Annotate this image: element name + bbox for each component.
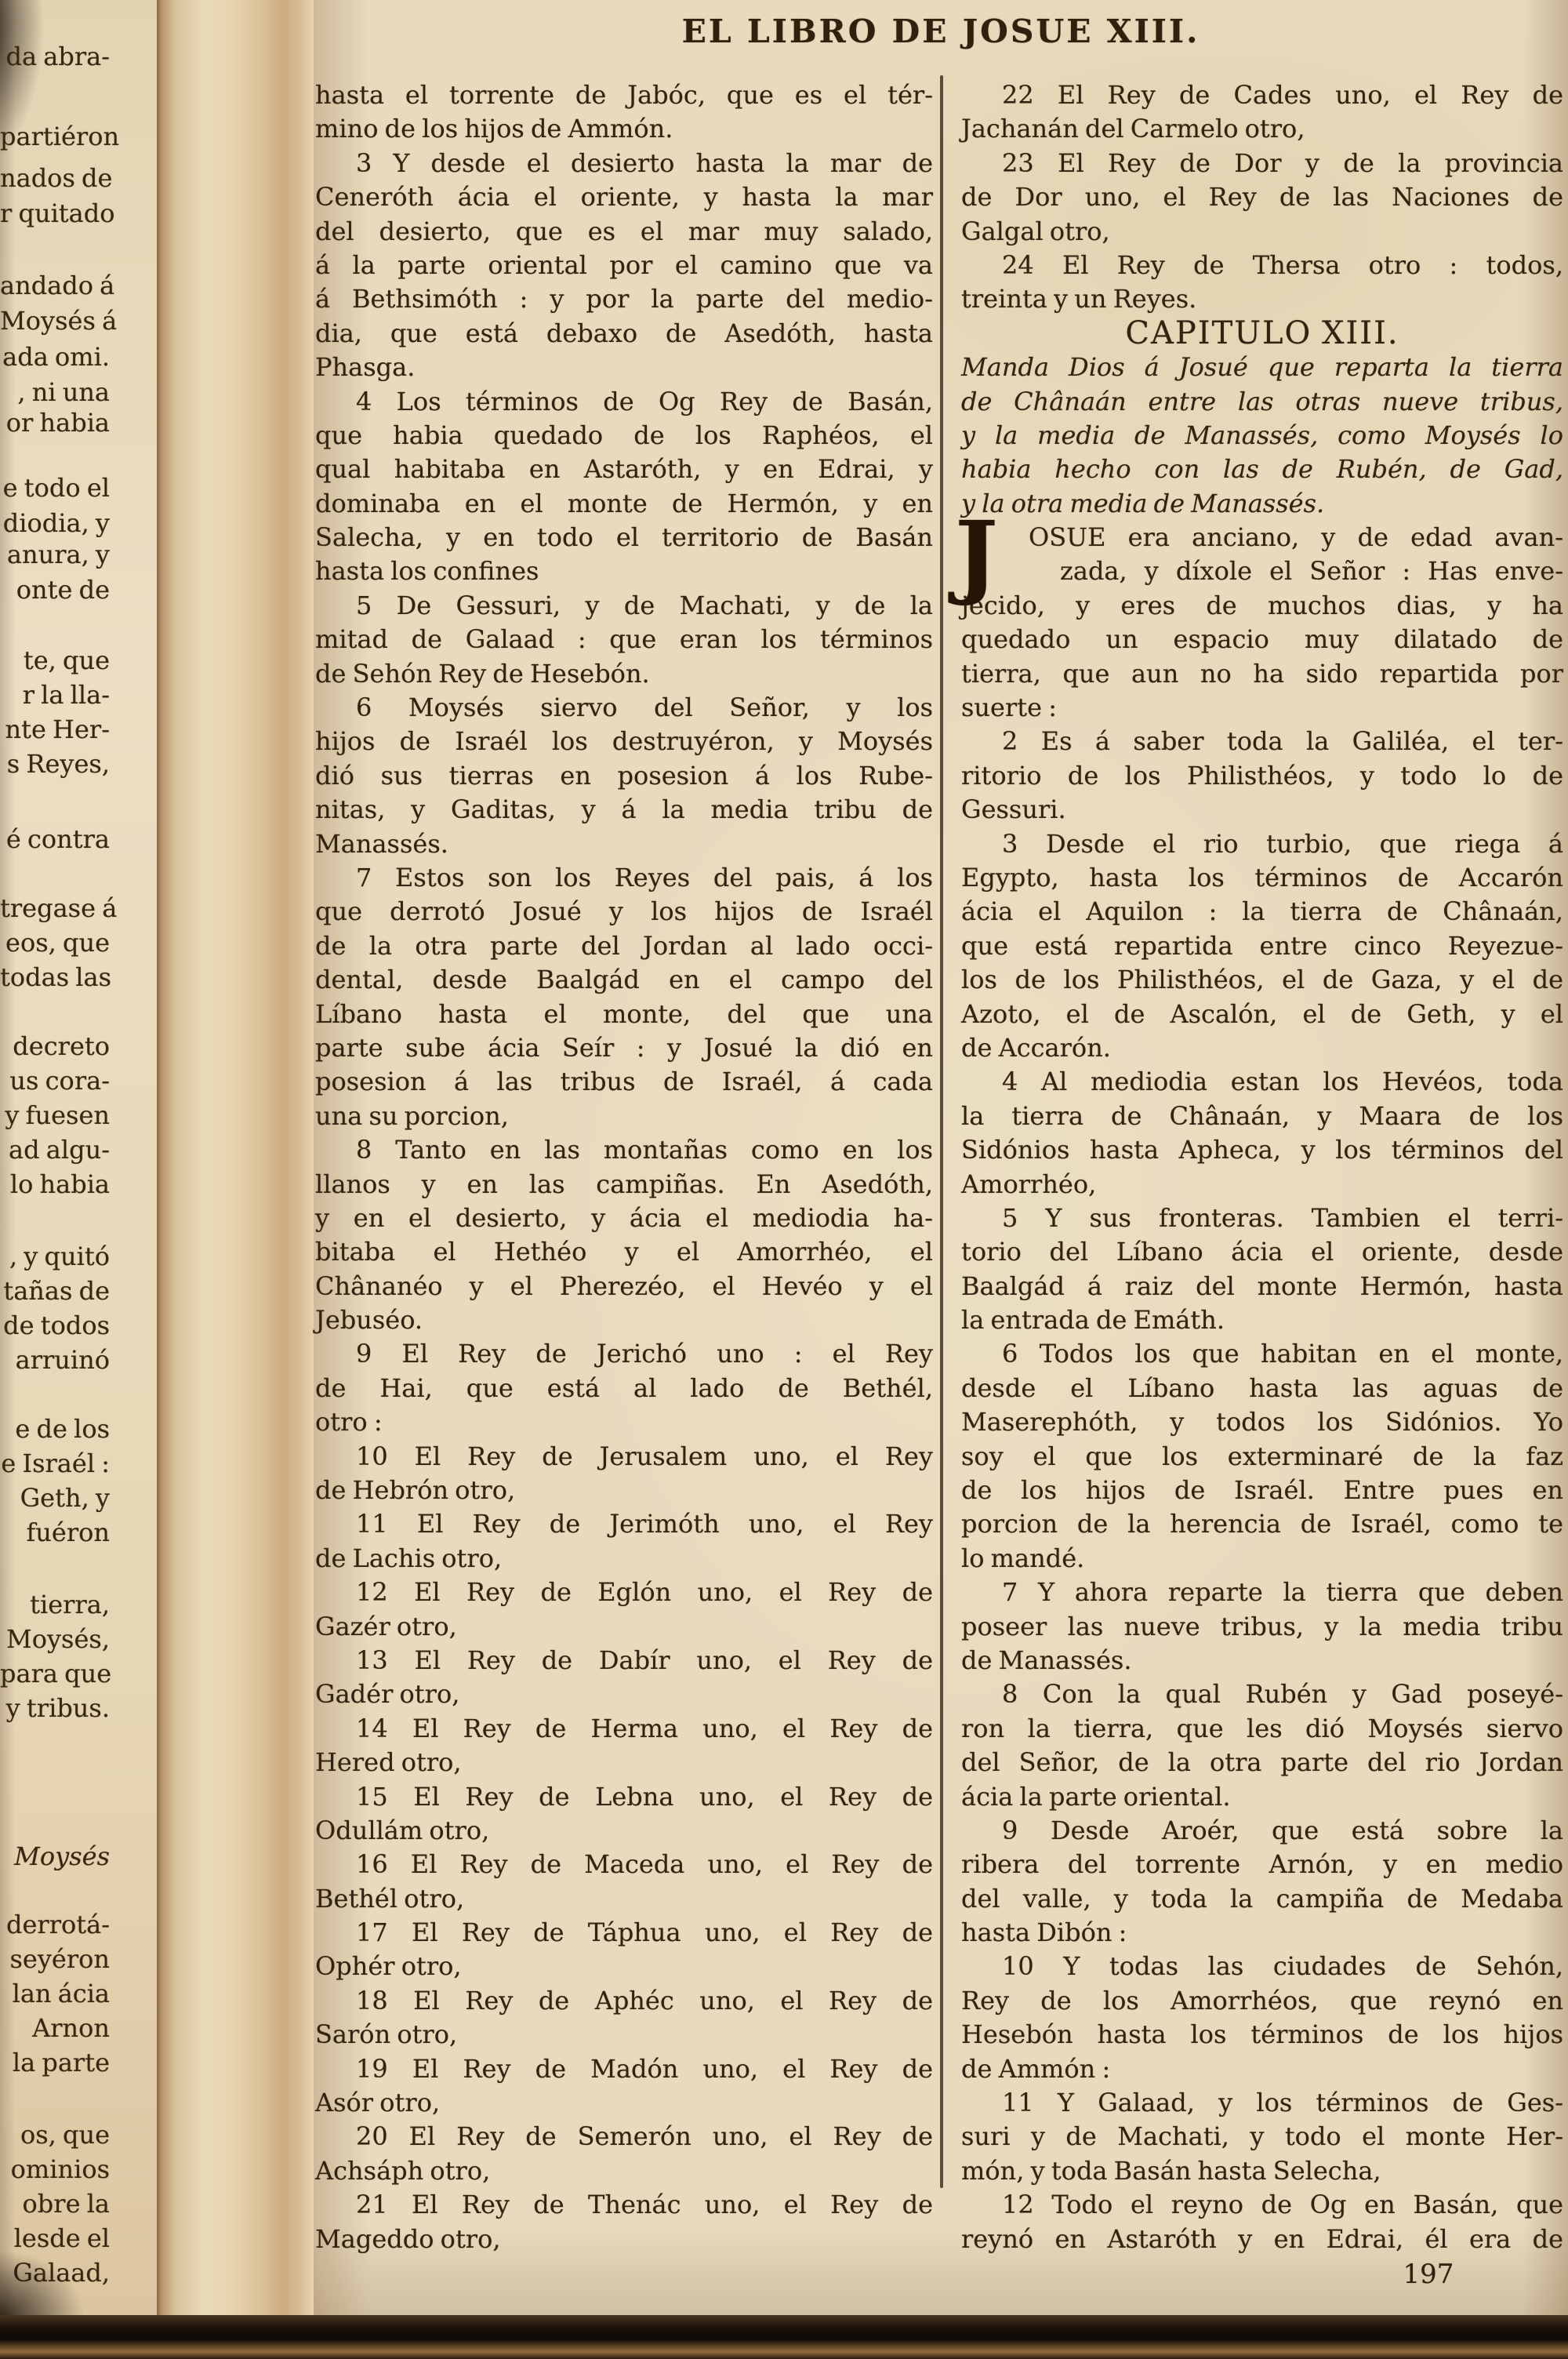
book-spread-photo: da abra-partiéronnados der quitadoandado… bbox=[0, 0, 1568, 2359]
opposite-page-fragment-line: y tribus. bbox=[0, 1691, 110, 1725]
text-line: Salecha, y en todo el territorio de Basá… bbox=[315, 521, 933, 554]
text-line: hasta el torrente de Jabóc, que es el té… bbox=[315, 78, 933, 112]
text-line: quedado un espacio muy dilatado de bbox=[961, 623, 1563, 656]
text-line: 3 Y desde el desierto hasta la mar de bbox=[315, 147, 933, 180]
text-line: Hesebón hasta los términos de los hijos bbox=[961, 2018, 1563, 2052]
text-line: de Sehón Rey de Hesebón. bbox=[315, 657, 933, 691]
opposite-page-fragment-line: fuéron bbox=[0, 1515, 110, 1550]
text-line: 9 El Rey de Jerichó uno : el Rey bbox=[315, 1337, 933, 1371]
column-divider-rule bbox=[940, 75, 943, 2188]
text-line: Jebuséo. bbox=[315, 1303, 933, 1337]
text-line: 8 Tanto en las montañas como en los bbox=[315, 1133, 933, 1167]
text-line: dió sus tierras en posesion á los Rube- bbox=[315, 759, 933, 793]
text-line: 23 El Rey de Dor y de la provincia bbox=[961, 147, 1563, 180]
text-line: que derrotó Josué y los hijos de Israél bbox=[315, 895, 933, 929]
text-line: posesion á las tribus de Israél, á cada bbox=[315, 1065, 933, 1099]
text-line: ácia la parte oriental. bbox=[961, 1780, 1563, 1814]
text-line: Jachanán del Carmelo otro, bbox=[961, 112, 1563, 146]
text-line: 4 Los términos de Og Rey de Basán, bbox=[315, 385, 933, 419]
opposite-page-fragment-line: ad algu- bbox=[0, 1132, 110, 1167]
text-line: Sidónios hasta Apheca, y los términos de… bbox=[961, 1133, 1563, 1167]
opposite-page-fragment-line: e todo el bbox=[0, 471, 110, 505]
text-line: 13 El Rey de Dabír uno, el Rey de bbox=[315, 1644, 933, 1677]
opposite-page-fragment-line: la parte bbox=[0, 2045, 110, 2080]
text-line: CAPITULO XIII. bbox=[961, 317, 1563, 351]
text-line: 10 El Rey de Jerusalem uno, el Rey bbox=[315, 1440, 933, 1474]
text-line: ribera del torrente Arnón, y en medio bbox=[961, 1848, 1563, 1881]
text-line: Amorrhéo, bbox=[961, 1168, 1563, 1201]
text-line: del valle, y toda la campiña de Medaba bbox=[961, 1882, 1563, 1916]
text-line: suri y de Machati, y todo el monte Her- bbox=[961, 2120, 1563, 2154]
text-line: Manda Dios á Josué que reparta la tierra bbox=[961, 351, 1563, 384]
opposite-page-fragment-line: para que bbox=[0, 1656, 110, 1691]
text-line: jecido, y eres de muchos dias, y ha bbox=[961, 589, 1563, 623]
text-line: 22 El Rey de Cades uno, el Rey de bbox=[961, 78, 1563, 112]
text-line: 5 De Gessuri, y de Machati, y de la bbox=[315, 589, 933, 623]
text-line: mitad de Galaad : que eran los términos bbox=[315, 623, 933, 656]
text-line: del desierto, que es el mar muy salado, bbox=[315, 215, 933, 249]
text-line: Manassés. bbox=[315, 827, 933, 861]
opposite-page-fragment-line: seyéron bbox=[0, 1942, 110, 1976]
text-line: 14 El Rey de Herma uno, el Rey de bbox=[315, 1712, 933, 1746]
text-line: 2 Es á saber toda la Galiléa, el ter- bbox=[961, 725, 1563, 758]
text-line: la entrada de Emáth. bbox=[961, 1303, 1563, 1337]
photo-background-strip bbox=[0, 2315, 1568, 2359]
text-line: y en el desierto, y ácia el mediodia ha- bbox=[315, 1201, 933, 1235]
text-line: 19 El Rey de Madón uno, el Rey de bbox=[315, 2052, 933, 2086]
opposite-page-fragment-line: nte Her- bbox=[0, 712, 110, 747]
text-line: 20 El Rey de Semerón uno, el Rey de bbox=[315, 2120, 933, 2154]
opposite-page-fragment-line: Arnon bbox=[0, 2011, 110, 2045]
text-line: hasta los confines bbox=[315, 554, 933, 588]
text-line: ritorio de los Philisthéos, y todo lo de bbox=[961, 759, 1563, 793]
text-line: que está repartida entre cinco Reyezue- bbox=[961, 929, 1563, 963]
text-line: suerte : bbox=[961, 691, 1563, 725]
opposite-page-fragment-line: arruinó bbox=[0, 1343, 110, 1377]
opposite-page-fragment-line: tregase á bbox=[0, 891, 110, 925]
text-line: dental, desde Baalgád en el campo del bbox=[315, 963, 933, 997]
text-line: reynó en Astaróth y en Edrai, él era de bbox=[961, 2223, 1563, 2256]
opposite-page-fragment-line: anura, y bbox=[0, 537, 110, 572]
text-line: 9 Desde Aroér, que está sobre la bbox=[961, 1814, 1563, 1848]
text-line: poseer las nueve tribus, y la media trib… bbox=[961, 1610, 1563, 1644]
text-line: torio del Líbano ácia el oriente, desde bbox=[961, 1235, 1563, 1269]
text-line: hasta Dibón : bbox=[961, 1916, 1563, 1950]
text-line: Ceneróth ácia el oriente, y hasta la mar bbox=[315, 180, 933, 214]
text-line: 15 El Rey de Lebna uno, el Rey de bbox=[315, 1780, 933, 1814]
text-line: hijos de Israél los destruyéron, y Moysé… bbox=[315, 725, 933, 758]
opposite-page-fragment-line: r la lla- bbox=[0, 678, 110, 712]
text-line: á Bethsimóth : y por la parte del medio- bbox=[315, 282, 933, 316]
opposite-page-fragment-line: Moysés, bbox=[0, 1622, 110, 1656]
text-line: Odullám otro, bbox=[315, 1814, 933, 1848]
opposite-page-fragment-line: partiéron bbox=[0, 119, 110, 154]
text-line: 17 El Rey de Táphua uno, el Rey de bbox=[315, 1916, 933, 1950]
opposite-page-fragment-line: todas las bbox=[0, 960, 110, 994]
text-line: de Manassés. bbox=[961, 1644, 1563, 1677]
text-line: Líbano hasta el monte, del que una bbox=[315, 998, 933, 1031]
book-gutter bbox=[157, 0, 314, 2320]
text-line: y la media de Manassés, como Moysés lo bbox=[961, 419, 1563, 453]
opposite-page-fragment-line: nados de bbox=[0, 161, 110, 195]
text-line: de Hebrón otro, bbox=[315, 1474, 933, 1507]
text-line: 24 El Rey de Thersa otro : todos, bbox=[961, 249, 1563, 282]
text-line: Sarón otro, bbox=[315, 2018, 933, 2052]
text-line: Galgal otro, bbox=[961, 215, 1563, 249]
opposite-page-fragment-line: e Israél : bbox=[0, 1446, 110, 1481]
opposite-page-fragment-line: andado á bbox=[0, 268, 110, 303]
text-line: parte sube ácia Seír : y Josué la dió en bbox=[315, 1031, 933, 1065]
text-line: zada, y díxole el Señor : Has enve- bbox=[961, 554, 1563, 588]
text-line: soy el que los exterminaré de la faz bbox=[961, 1440, 1563, 1474]
opposite-page-fragment-line: Moysés bbox=[0, 1839, 110, 1874]
text-line: los de los Philisthéos, el de Gaza, y el… bbox=[961, 963, 1563, 997]
text-line: Chânanéo y el Pherezéo, el Hevéo y el bbox=[315, 1270, 933, 1303]
text-line: llanos y en las campiñas. En Asedóth, bbox=[315, 1168, 933, 1201]
text-line: 11 El Rey de Jerimóth uno, el Rey bbox=[315, 1507, 933, 1541]
text-line: Egypto, hasta los términos de Accarón bbox=[961, 861, 1563, 895]
text-line: 6 Moysés siervo del Señor, y los bbox=[315, 691, 933, 725]
opposite-page-fragment-line: onte de bbox=[0, 572, 110, 607]
text-line: lo mandé. bbox=[961, 1542, 1563, 1576]
opposite-page-fragment-line: é contra bbox=[0, 822, 110, 856]
text-line: desde el Líbano hasta las aguas de bbox=[961, 1372, 1563, 1405]
text-line: 12 El Rey de Eglón uno, el Rey de bbox=[315, 1576, 933, 1609]
text-line: dominaba en el monte de Hermón, y en bbox=[315, 487, 933, 521]
text-line: Ophér otro, bbox=[315, 1950, 933, 1983]
opposite-page-fragment-line: us cora- bbox=[0, 1063, 110, 1098]
opposite-page-fragment-line: decreto bbox=[0, 1029, 110, 1063]
opposite-page-fragment-line: lo habia bbox=[0, 1167, 110, 1201]
opposite-page-fragment-line: eos, que bbox=[0, 925, 110, 960]
opposite-page-fragment-line: lan ácia bbox=[0, 1976, 110, 2011]
opposite-page-fragment-line: Geth, y bbox=[0, 1481, 110, 1515]
text-line: bitaba el Hethéo y el Amorrhéo, el bbox=[315, 1235, 933, 1269]
text-line: Phasga. bbox=[315, 351, 933, 384]
text-line: habia hecho con las de Rubén, de Gad, bbox=[961, 453, 1563, 486]
opposite-page-fragment-line: tañas de bbox=[0, 1274, 110, 1308]
text-line: dia, que está debaxo de Asedóth, hasta bbox=[315, 317, 933, 351]
opposite-page-fragment-line: derrotá- bbox=[0, 1907, 110, 1942]
text-line: Maserephóth, y todos los Sidónios. Yo bbox=[961, 1405, 1563, 1439]
opposite-page-fragment-line: ominios bbox=[0, 2152, 110, 2186]
left-text-column: hasta el torrente de Jabóc, que es el té… bbox=[315, 78, 933, 2256]
text-line: Bethél otro, bbox=[315, 1882, 933, 1916]
text-line: ácia el Aquilon : la tierra de Chânaán, bbox=[961, 895, 1563, 929]
text-line: nitas, y Gaditas, y á la media tribu de bbox=[315, 793, 933, 827]
page-corner-shadow bbox=[0, 2193, 141, 2320]
text-line: Gadér otro, bbox=[315, 1677, 933, 1711]
opposite-page-fragment-line: or habia bbox=[0, 405, 110, 440]
opposite-page-fragment-line: e de los bbox=[0, 1412, 110, 1446]
opposite-page-fragment-line: da abra- bbox=[0, 39, 110, 74]
text-line: de Chânaán entre las otras nueve tribus, bbox=[961, 385, 1563, 419]
text-line: la tierra de Chânaán, y Maara de los bbox=[961, 1100, 1563, 1133]
text-line: 21 El Rey de Thenác uno, el Rey de bbox=[315, 2188, 933, 2222]
text-line: 8 Con la qual Rubén y Gad poseyé- bbox=[961, 1677, 1563, 1711]
text-line: Hered otro, bbox=[315, 1746, 933, 1779]
page-header-title: EL LIBRO DE JOSUE XIII. bbox=[314, 13, 1568, 50]
text-line: OSUE era anciano, y de edad avan- bbox=[961, 521, 1563, 554]
text-line: tierra, que aun no ha sido repartida por bbox=[961, 657, 1563, 691]
text-line: 16 El Rey de Maceda uno, el Rey de bbox=[315, 1848, 933, 1881]
text-line: de Accarón. bbox=[961, 1031, 1563, 1065]
opposite-page-fragment-line: ada omi. bbox=[0, 340, 110, 374]
text-line: ron la tierra, que les dió Moysés siervo bbox=[961, 1712, 1563, 1746]
text-line: de la otra parte del Jordan al lado occi… bbox=[315, 929, 933, 963]
drop-cap-initial: J bbox=[955, 510, 998, 601]
text-line: Asór otro, bbox=[315, 2086, 933, 2120]
opposite-page-fragment-line: de todos bbox=[0, 1308, 110, 1343]
text-line: otro : bbox=[315, 1405, 933, 1439]
text-line: 5 Y sus fronteras. Tambien el terri- bbox=[961, 1201, 1563, 1235]
text-line: de Lachis otro, bbox=[315, 1542, 933, 1576]
text-line: una su porcion, bbox=[315, 1100, 933, 1133]
text-line: Achsáph otro, bbox=[315, 2154, 933, 2188]
text-line: y la otra media de Manassés. bbox=[961, 487, 1563, 521]
text-line: de Dor uno, el Rey de las Naciones de bbox=[961, 180, 1563, 214]
text-line: porcion de la herencia de Israél, como t… bbox=[961, 1507, 1563, 1541]
text-line: qual habitaba en Astaróth, y en Edrai, y bbox=[315, 453, 933, 486]
text-line: de los hijos de Israél. Entre pues en bbox=[961, 1474, 1563, 1507]
text-line: 10 Y todas las ciudades de Sehón, bbox=[961, 1950, 1563, 1983]
text-line: Mageddo otro, bbox=[315, 2223, 933, 2256]
opposite-page-fragment-line: os, que bbox=[0, 2117, 110, 2152]
opposite-page-strip: da abra-partiéronnados der quitadoandado… bbox=[0, 0, 157, 2320]
text-line: món, y toda Basán hasta Selecha, bbox=[961, 2154, 1563, 2188]
text-line: mino de los hijos de Ammón. bbox=[315, 112, 933, 146]
opposite-page-fragment-line: , y quitó bbox=[0, 1239, 110, 1274]
text-line: 3 Desde el rio turbio, que riega á bbox=[961, 827, 1563, 861]
text-line: Baalgád á raiz del monte Hermón, hasta bbox=[961, 1270, 1563, 1303]
text-line: 7 Estos son los Reyes del pais, á los bbox=[315, 861, 933, 895]
opposite-page-fragment-line: diodia, y bbox=[0, 506, 110, 540]
text-line: del Señor, de la otra parte del rio Jord… bbox=[961, 1746, 1563, 1779]
text-line: treinta y un Reyes. bbox=[961, 282, 1563, 316]
text-line: Gazér otro, bbox=[315, 1610, 933, 1644]
right-text-column: J 22 El Rey de Cades uno, el Rey deJacha… bbox=[961, 78, 1563, 2256]
text-line: á la parte oriental por el camino que va bbox=[315, 249, 933, 282]
text-line: que habia quedado de los Raphéos, el bbox=[315, 419, 933, 453]
opposite-page-fragment-line: Moysés á bbox=[0, 304, 110, 338]
text-line: 4 Al mediodia estan los Hevéos, toda bbox=[961, 1065, 1563, 1099]
text-line: de Ammón : bbox=[961, 2052, 1563, 2086]
text-line: 6 Todos los que habitan en el monte, bbox=[961, 1337, 1563, 1371]
opposite-page-fragment-line: y fuesen bbox=[0, 1098, 110, 1132]
opposite-page-fragment-line: te, que bbox=[0, 643, 110, 678]
page-number: 197 bbox=[1374, 2259, 1483, 2290]
text-line: 18 El Rey de Aphéc uno, el Rey de bbox=[315, 1984, 933, 2018]
text-line: 12 Todo el reyno de Og en Basán, que bbox=[961, 2188, 1563, 2222]
text-line: Azoto, el de Ascalón, el de Geth, y el bbox=[961, 998, 1563, 1031]
text-line: 7 Y ahora reparte la tierra que deben bbox=[961, 1576, 1563, 1609]
opposite-page-fragment-line: , ni una bbox=[0, 375, 110, 409]
text-line: 11 Y Galaad, y los términos de Ges- bbox=[961, 2086, 1563, 2120]
text-line: de Hai, que está al lado de Bethél, bbox=[315, 1372, 933, 1405]
text-line: Gessuri. bbox=[961, 793, 1563, 827]
opposite-page-fragment-line: tierra, bbox=[0, 1587, 110, 1622]
text-line: Rey de los Amorrhéos, que reynó en bbox=[961, 1984, 1563, 2018]
opposite-page-fragment-line: r quitado bbox=[0, 196, 110, 231]
opposite-page-fragment-line: s Reyes, bbox=[0, 747, 110, 781]
